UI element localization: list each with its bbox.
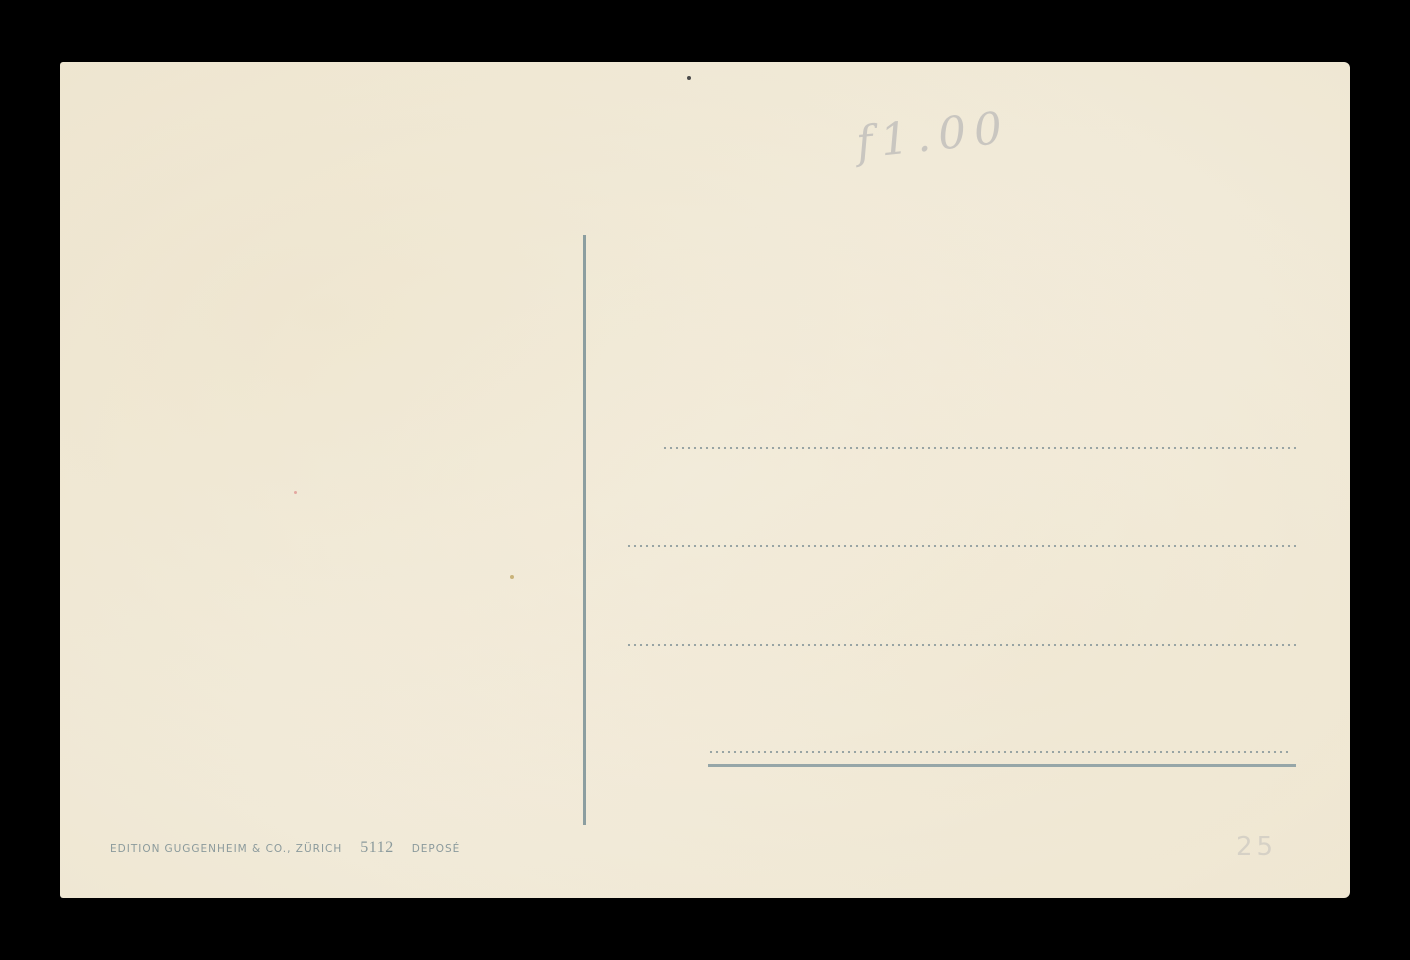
imprint-number: 5112 [360, 839, 393, 857]
imprint-deposit: DEPOSÉ [412, 843, 461, 855]
imprint-edition: EDITION [110, 843, 160, 855]
center-divider-line [583, 235, 586, 825]
address-line-2 [626, 545, 1296, 547]
postcard-back: f1.00 EDITION GUGGENHEIM & CO., ZÜRICH 5… [60, 62, 1350, 898]
address-line-3 [626, 644, 1296, 646]
ink-speck [687, 76, 691, 80]
imprint-publisher: GUGGENHEIM & CO., ZÜRICH [164, 843, 342, 855]
stain-speck [510, 575, 514, 579]
address-line-4 [708, 751, 1288, 753]
address-line-1 [662, 447, 1296, 449]
pencil-mark: 25 [1236, 832, 1277, 862]
stain-speck [294, 491, 297, 494]
publisher-imprint: EDITION GUGGENHEIM & CO., ZÜRICH 5112 DE… [110, 839, 460, 857]
handwritten-price: f1.00 [854, 102, 1013, 169]
address-underline [708, 764, 1296, 767]
